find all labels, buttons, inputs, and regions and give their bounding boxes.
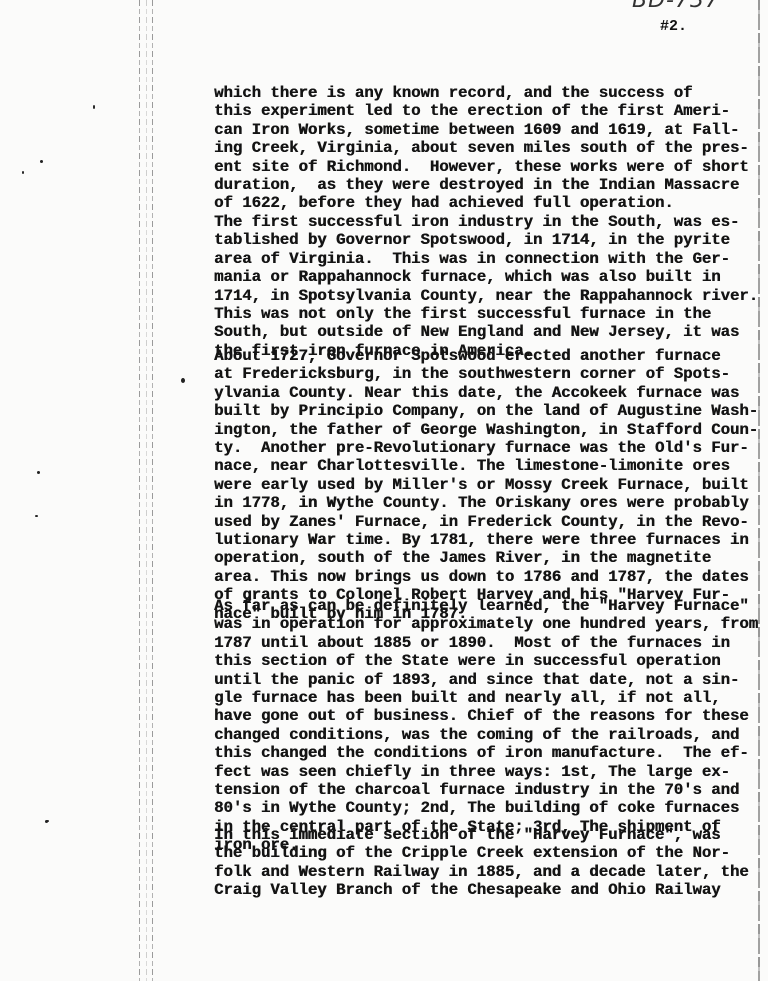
scanned-page: BD-737 #2. which there is any known reco…	[0, 0, 768, 981]
text-line: ty. Another pre-Revolutionary furnace wa…	[214, 439, 764, 457]
text-line: until the panic of 1893, and since that …	[214, 671, 764, 689]
paragraph-3: About 1727, Governor Spotswood erected a…	[214, 347, 764, 623]
text-line: were early used by Miller's or Mossy Cre…	[214, 476, 764, 494]
text-line: About 1727, Governor Spotswood erected a…	[214, 347, 764, 365]
text-line: this section of the State were in succes…	[214, 652, 764, 670]
text-line: used by Zanes' Furnace, in Frederick Cou…	[214, 513, 764, 531]
scan-speck	[37, 471, 40, 474]
text-line: area. This now brings us down to 1786 an…	[214, 568, 764, 586]
scan-speck	[40, 160, 43, 163]
paragraph-4: As far as can be definitely learned, the…	[214, 597, 764, 855]
text-line: gle furnace has been built and nearly al…	[214, 689, 764, 707]
text-line: was in operation for approximately one h…	[214, 615, 764, 633]
document-reference-id: BD-737	[632, 0, 720, 13]
text-line: tablished by Governor Spotswood, in 1714…	[214, 231, 764, 249]
text-line: at Fredericksburg, in the southwestern c…	[214, 365, 764, 383]
fold-line	[139, 0, 140, 981]
page-number: #2.	[660, 18, 687, 35]
text-line: this experiment led to the erection of t…	[214, 102, 764, 120]
text-line: can Iron Works, sometime between 1609 an…	[214, 121, 764, 139]
text-line: fect was seen chiefly in three ways: 1st…	[214, 763, 764, 781]
text-line: changed conditions, was the coming of th…	[214, 726, 764, 744]
text-line: South, but outside of New England and Ne…	[214, 323, 764, 341]
scan-speck	[35, 515, 38, 517]
text-line: of 1622, before they had achieved full o…	[214, 194, 764, 212]
text-line: lutionary War time. By 1781, there were …	[214, 531, 764, 549]
paragraph-5: In this immediate section of the "Harvey…	[214, 826, 764, 900]
text-line: have gone out of business. Chief of the …	[214, 707, 764, 725]
fold-line	[152, 0, 153, 981]
text-line: in 1778, in Wythe County. The Oriskany o…	[214, 494, 764, 512]
text-line: mania or Rappahannock furnace, which was…	[214, 268, 764, 286]
text-line: 80's in Wythe County; 2nd, The building …	[214, 799, 764, 817]
text-line: operation, south of the James River, in …	[214, 549, 764, 567]
text-line: built by Principio Company, on the land …	[214, 402, 764, 420]
text-line: In this immediate section of the "Harvey…	[214, 826, 764, 844]
text-line: nace, near Charlottesville. The limeston…	[214, 457, 764, 475]
text-line: this changed the conditions of iron manu…	[214, 744, 764, 762]
text-line: tension of the charcoal furnace industry…	[214, 781, 764, 799]
text-line: duration, as they were destroyed in the …	[214, 176, 764, 194]
scan-speck	[22, 171, 24, 174]
text-line: ent site of Richmond. However, these wor…	[214, 158, 764, 176]
text-line: Craig Valley Branch of the Chesapeake an…	[214, 881, 764, 899]
text-line: 1787 until about 1885 or 1890. Most of t…	[214, 634, 764, 652]
text-line: the building of the Cripple Creek extens…	[214, 844, 764, 862]
text-line: The first successful iron industry in th…	[214, 213, 764, 231]
text-line: which there is any known record, and the…	[214, 84, 764, 102]
text-line: ington, the father of George Washington,…	[214, 421, 764, 439]
text-line: This was not only the first successful f…	[214, 305, 764, 323]
text-line: 1714, in Spotsylvania County, near the R…	[214, 287, 764, 305]
scan-speck	[181, 378, 185, 383]
scan-speck	[93, 105, 95, 109]
fold-line	[146, 0, 147, 981]
text-line: ylvania County. Near this date, the Acco…	[214, 384, 764, 402]
text-line: As far as can be definitely learned, the…	[214, 597, 764, 615]
paragraph-2: The first successful iron industry in th…	[214, 213, 764, 360]
paragraph-1: which there is any known record, and the…	[214, 84, 764, 213]
text-line: folk and Western Railway in 1885, and a …	[214, 863, 764, 881]
text-line: area of Virginia. This was in connection…	[214, 250, 764, 268]
scan-speck	[45, 820, 48, 823]
text-line: ing Creek, Virginia, about seven miles s…	[214, 139, 764, 157]
